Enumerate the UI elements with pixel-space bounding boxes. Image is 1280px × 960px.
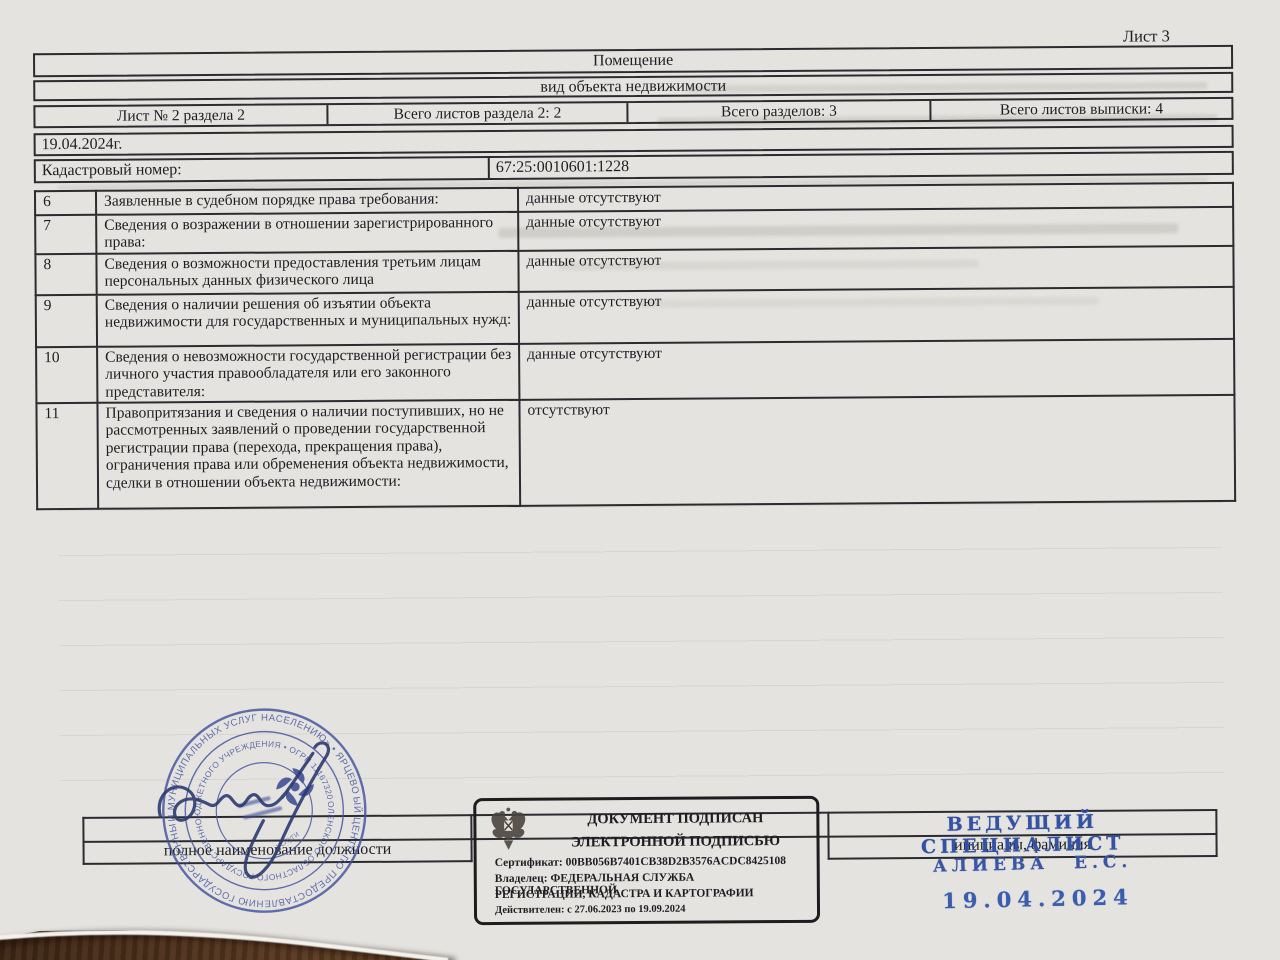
row-label: Заявленные в судебном порядке права треб…	[96, 188, 518, 215]
sheet-info-cell: Лист № 2 раздела 2	[35, 105, 326, 126]
svg-text:И МУНИЦИПАЛЬНЫХ УСЛУГ НАСЕЛЕНИ: И МУНИЦИПАЛЬНЫХ УСЛУГ НАСЕЛЕНИЮ» • ЯРЦЕВ…	[153, 699, 361, 822]
svg-text:НЫЙ ЦЕНТР ПО ПРЕДОСТАВЛЕНИЮ ГО: НЫЙ ЦЕНТР ПО ПРЕДОСТАВЛЕНИЮ ГОСУДАРСТВЕН…	[152, 698, 377, 924]
cadastral-label: Кадастровый номер:	[36, 158, 488, 181]
stamp-ring-inner-top: ОГО БЮДЖЕТНОГО УЧРЕЖДЕНИЯ • ОГРН 1116732…	[152, 698, 336, 827]
row-number: 6	[35, 191, 96, 215]
stamp-ring-outer-bottom: НЫЙ ЦЕНТР ПО ПРЕДОСТАВЛЕНИЮ ГОСУДАРСТВЕН…	[152, 698, 377, 924]
row-value: отсутствуют	[519, 395, 1235, 506]
subtitle-box: вид объекта недвижимости	[33, 72, 1233, 101]
row-label: Правопритязания и сведения о наличии пос…	[97, 400, 520, 509]
table-row: 9 Сведения о наличии решения об изъятии …	[36, 287, 1234, 347]
position-caption: полное наименование должности	[85, 840, 471, 861]
photo-scene: Лист 3 Помещение вид объекта недвижимост…	[0, 0, 1280, 960]
bleedthrough-rules	[58, 502, 1224, 802]
cadastral-row: Кадастровый номер: 67:25:0010601:1228	[34, 151, 1234, 183]
date-line: 19.04.2024г.	[36, 135, 123, 154]
svg-text:СМОЛЕНСКОГО ОБЛАСТНОГО ГОСУДАР: СМОЛЕНСКОГО ОБЛАСТНОГО ГОСУДАРСТВЕННОГО	[152, 698, 347, 899]
doc-title: Помещение	[593, 52, 673, 71]
svg-text:ОГО БЮДЖЕТНОГО УЧРЕЖДЕНИЯ • ОГ: ОГО БЮДЖЕТНОГО УЧРЕЖДЕНИЯ • ОГРН 1116732…	[152, 698, 336, 827]
table-row: 11 Правопритязания и сведения о наличии …	[36, 395, 1235, 509]
cadastral-value: 67:25:0010601:1228	[488, 153, 1232, 178]
sheet-info-row: Лист № 2 раздела 2 Всего листов раздела …	[33, 97, 1233, 128]
stamp-ring-inner-bottom: СМОЛЕНСКОГО ОБЛАСТНОГО ГОСУДАРСТВЕННОГО	[152, 698, 347, 899]
right-box-right-border	[1215, 809, 1217, 857]
round-seal-stamp: И МУНИЦИПАЛЬНЫХ УСЛУГ НАСЕЛЕНИЮ» • ЯРЦЕВ…	[152, 698, 378, 924]
row-label: Сведения о возражении в отношении зареги…	[96, 212, 518, 254]
row-value: данные отсутствуют	[518, 207, 1233, 251]
esignature-box: ДОКУМЕНТ ПОДПИСАН ЭЛЕКТРОННОЙ ПОДПИСЬЮ С…	[473, 796, 820, 925]
table-row: 10 Сведения о невозможности государствен…	[36, 339, 1234, 404]
row-value: данные отсутствуют	[519, 339, 1234, 400]
row-number: 11	[36, 403, 98, 509]
row-number: 9	[36, 295, 97, 347]
row-label: Сведения о наличии решения об изъятии об…	[97, 292, 519, 347]
rights-table: 6 Заявленные в судебном порядке права тр…	[34, 182, 1236, 510]
date-stamp-text: 19.04.2024	[903, 883, 1173, 914]
row-value: данные отсутствуют	[519, 287, 1234, 344]
left-box-right-border	[470, 814, 472, 862]
row-label: Сведения о возможности предоставления тр…	[96, 251, 518, 295]
rosreestr-eagle-icon	[489, 806, 527, 854]
row-number: 8	[35, 254, 96, 295]
document-paper: Лист 3 Помещение вид объекта недвижимост…	[0, 0, 1280, 960]
doc-subtitle: вид объекта недвижимости	[540, 77, 726, 96]
esig-title-line1: ДОКУМЕНТ ПОДПИСАН	[540, 810, 810, 829]
handwritten-signature	[132, 727, 363, 899]
document-content: Лист 3 Помещение вид объекта недвижимост…	[0, 0, 1280, 960]
sheet-info-cell: Всего листов выписки: 4	[929, 99, 1231, 120]
row-value: данные отсутствуют	[518, 246, 1233, 292]
esig-certificate: Сертификат: 00BB056B7401CB38D2B3576ACDC8…	[495, 855, 786, 869]
row-number: 10	[36, 347, 97, 404]
esig-title-line2: ЭЛЕКТРОННОЙ ПОДПИСЬЮ	[540, 833, 810, 852]
sheet-info-cell: Всего листов раздела 2: 2	[326, 103, 626, 124]
sheet-number: Лист 3	[1123, 26, 1170, 46]
stamp-ring-outer-top: И МУНИЦИПАЛЬНЫХ УСЛУГ НАСЕЛЕНИЮ» • ЯРЦЕВ…	[153, 699, 361, 822]
sheet-info-cell: Всего разделов: 3	[626, 101, 929, 122]
esig-owner-line2: РЕГИСТРАЦИИ, КАДАСТРА И КАРТОГРАФИИ	[495, 887, 754, 901]
left-box-bottom-line	[83, 860, 473, 865]
row-number: 7	[35, 215, 96, 254]
esig-validity: Действителен: с 27.06.2023 по 19.09.2024	[495, 904, 686, 916]
mfc-pinwheel-icon	[274, 765, 317, 808]
row-label: Сведения о невозможности государственной…	[97, 344, 519, 403]
